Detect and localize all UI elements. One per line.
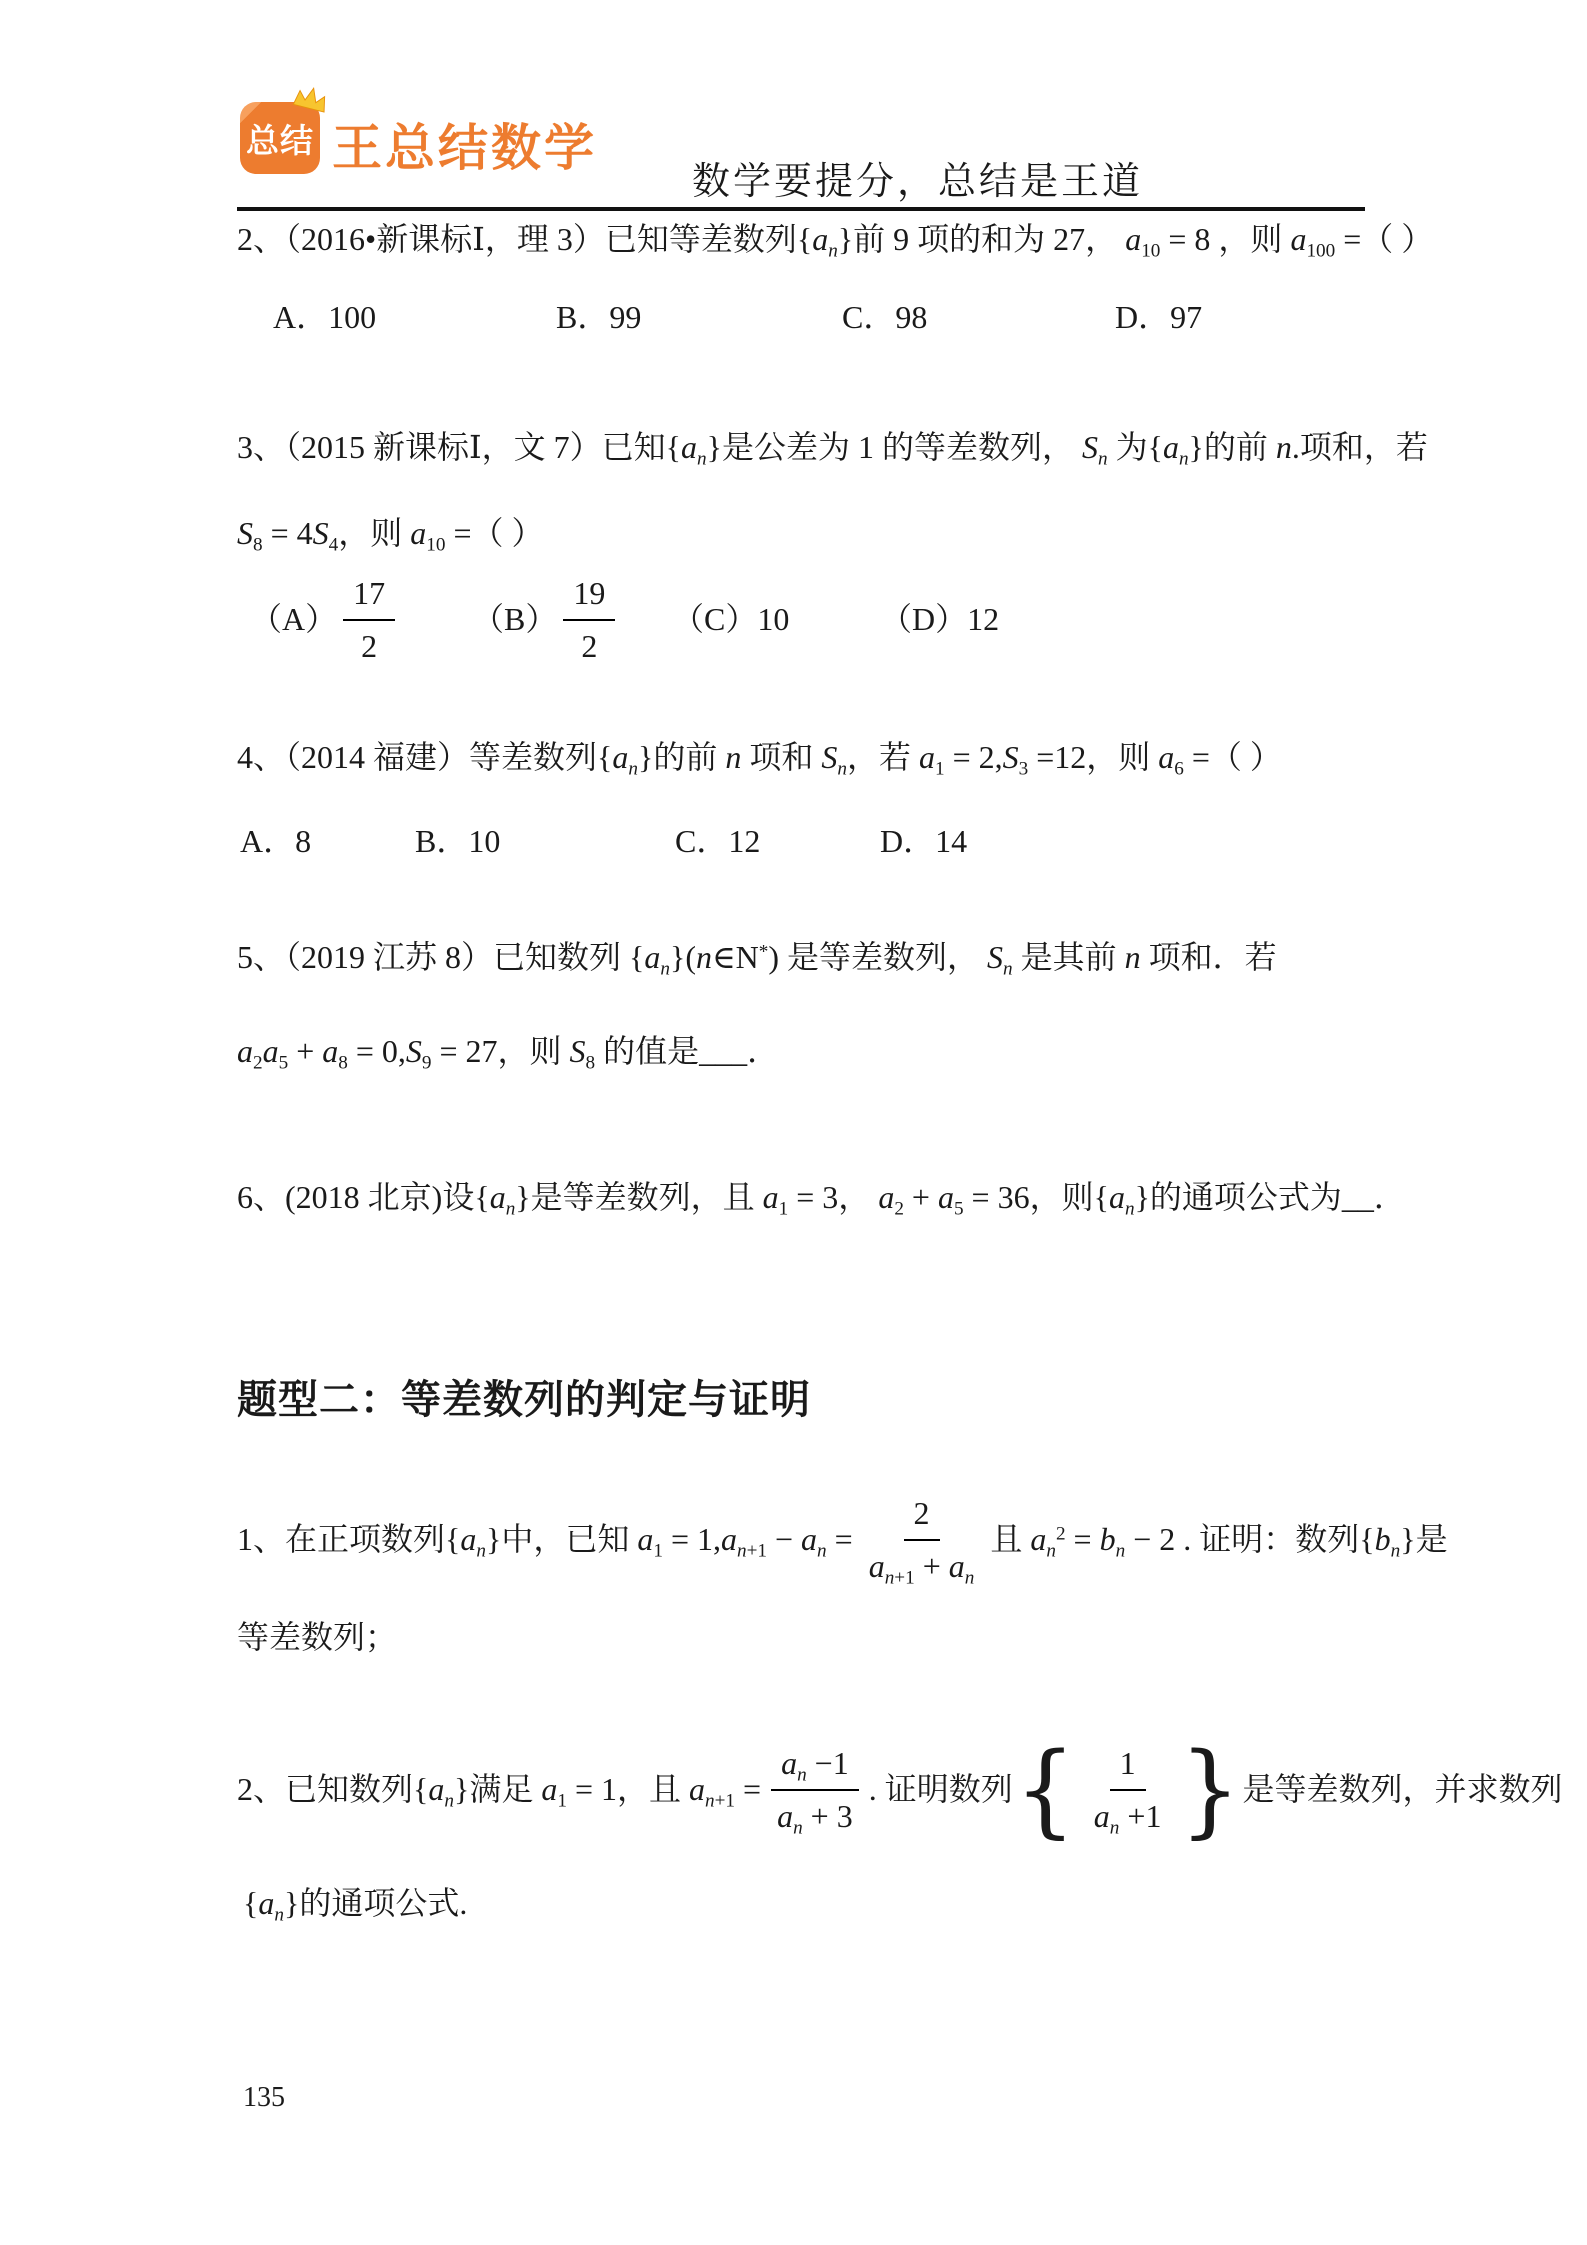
option-c: （C）10 <box>672 568 789 672</box>
section-2-title: 题型二：等差数列的判定与证明 <box>237 1368 811 1425</box>
problem-6-stem: 6、(2018 北京)设{an}是等差数列，且 a1 = 3， a2 + a5 … <box>237 1176 1406 1219</box>
fraction: 2 an+1 + an <box>859 1492 985 1588</box>
fraction: 17 2 <box>343 572 395 668</box>
option-d: D．14 <box>880 820 967 863</box>
header-divider <box>237 207 1365 211</box>
problem-5-stem-line1: 5、（2019 江苏 8）已知数列 {an}(n∈N*) 是等差数列， Sn 是… <box>237 936 1277 979</box>
fraction: 1 an +1 <box>1084 1742 1172 1838</box>
option-d: （D）12 <box>880 568 999 672</box>
problem-3-stem-line2: S8 = 4S4，则 a10 =（ ） <box>237 512 544 555</box>
option-c: C．12 <box>675 820 760 863</box>
page-number: 135 <box>243 2082 285 2114</box>
problem-2-options: A．100 B．99 C．98 D．97 <box>0 296 1587 346</box>
worksheet-page: 总结 王总结数学 数学要提分，总结是王道 2、（2016•新课标Ⅰ，理 3）已知… <box>0 0 1587 2245</box>
problem-3-options: （A） 17 2 （B） 19 2 （C）10 （D）12 <box>0 568 1587 672</box>
section2-problem-1-stem: 1、在正项数列{an}中，已知 a1 = 1,an+1 − an = 2 an+… <box>237 1492 1448 1588</box>
problem-3-stem-line1: 3、（2015 新课标Ⅰ，文 7）已知{an}是公差为 1 的等差数列， Sn … <box>237 426 1428 469</box>
brand-tagline: 数学要提分，总结是王道 <box>692 150 1143 205</box>
brand-badge-label: 总结 <box>246 115 314 162</box>
section2-problem-1-line2: 等差数列； <box>237 1616 397 1659</box>
option-c: C．98 <box>842 296 927 339</box>
section2-problem-2-stem: 2、已知数列{an}满足 a1 = 1，且 an+1 = an −1 an + … <box>237 1738 1563 1842</box>
option-b: B．99 <box>556 296 641 339</box>
problem-4-stem: 4、（2014 福建）等差数列{an}的前 n 项和 Sn，若 a1 = 2,S… <box>237 736 1282 779</box>
option-a: A．100 <box>273 296 376 339</box>
option-a: A．8 <box>240 820 311 863</box>
section2-problem-2-line2: {an}的通项公式. <box>243 1882 467 1925</box>
option-a: （A） 17 2 <box>250 568 401 672</box>
brand-logo-badge: 总结 <box>240 102 320 174</box>
left-brace: { <box>1015 1745 1076 1836</box>
fraction: an −1 an + 3 <box>767 1742 863 1838</box>
brand-logo-text: 王总结数学 <box>332 108 597 180</box>
option-b: B．10 <box>415 820 500 863</box>
fraction: 19 2 <box>563 572 615 668</box>
problem-2-stem: 2、（2016•新课标Ⅰ，理 3）已知等差数列{an}前 9 项的和为 27， … <box>237 218 1433 261</box>
right-brace: } <box>1179 1745 1240 1836</box>
problem-4-options: A．8 B．10 C．12 D．14 <box>0 820 1587 870</box>
problem-5-stem-line2: a2a5 + a8 = 0,S9 = 27，则 S8 的值是___． <box>237 1030 779 1073</box>
option-d: D．97 <box>1115 296 1202 339</box>
option-b: （B） 19 2 <box>472 568 621 672</box>
crown-icon <box>289 82 332 116</box>
